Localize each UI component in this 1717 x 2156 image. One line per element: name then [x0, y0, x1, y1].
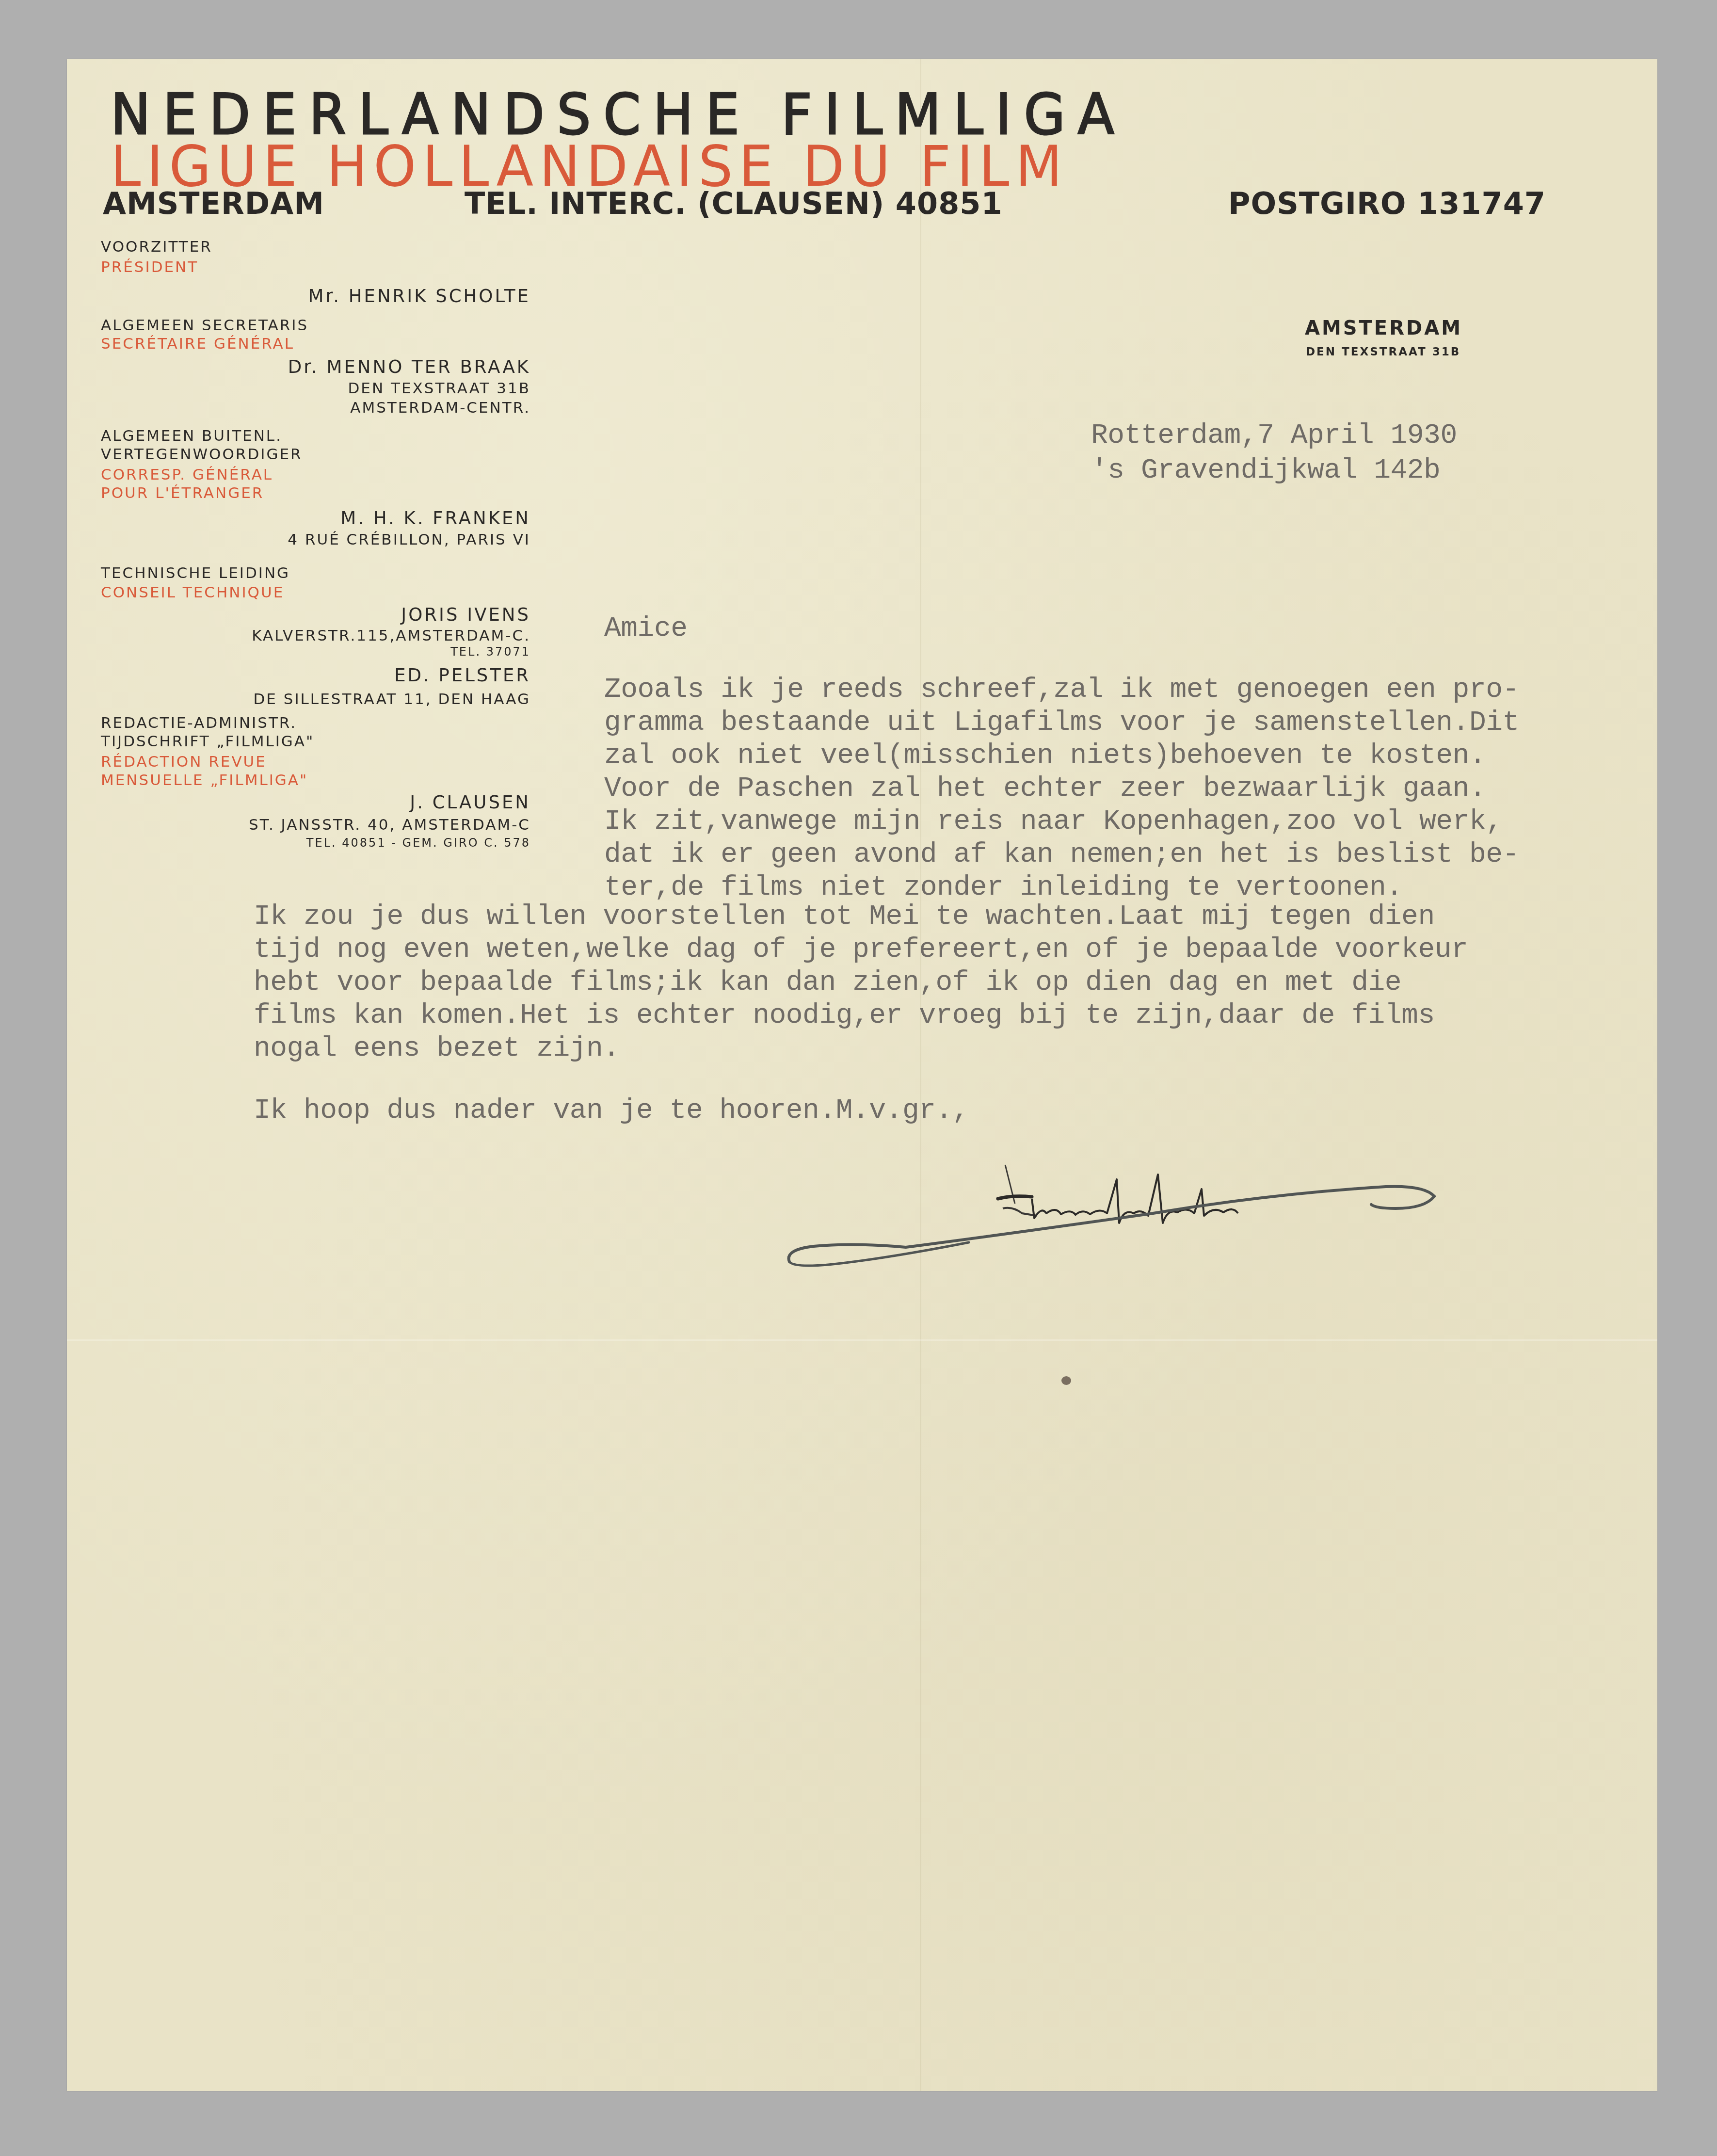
letter-line: tijd nog even weten,welke dag of je pref… — [254, 936, 1468, 964]
role-french: CONSEIL TECHNIQUE — [101, 585, 284, 600]
paper-fold-vertical — [920, 59, 921, 2091]
letter-paper: NEDERLANDSCHE FILMLIGA LIGUE HOLLANDAISE… — [67, 59, 1657, 2091]
role-dutch: TECHNISCHE LEIDING — [101, 566, 290, 581]
role-french: MENSUELLE „FILMLIGA" — [101, 773, 308, 788]
role-dutch: TIJDSCHRIFT „FILMLIGA" — [101, 734, 314, 749]
paper-fold-horizontal — [67, 1339, 1657, 1341]
role-french: POUR L'ÉTRANGER — [101, 486, 264, 501]
role-french: SECRÉTAIRE GÉNÉRAL — [101, 337, 294, 352]
member-address: 4 RUÉ CRÉBILLON, PARIS VI — [288, 532, 530, 547]
member-name: J. CLAUSEN — [410, 793, 530, 811]
letter-line: films kan komen.Het is echter noodig,er … — [254, 1002, 1435, 1030]
letter-line: Zooals ik je reeds schreef,zal ik met ge… — [604, 676, 1519, 704]
member-name: Dr. MENNO TER BRAAK — [288, 358, 530, 376]
role-french: RÉDACTION REVUE — [101, 755, 267, 770]
office-street: DEN TEXSTRAAT 31B — [1305, 347, 1528, 358]
member-address: DEN TEXSTRAAT 31B — [348, 381, 530, 396]
member-address: KALVERSTR.115,AMSTERDAM-C. — [252, 628, 530, 644]
member-name: JORIS IVENS — [401, 606, 530, 624]
letterhead-city: AMSTERDAM — [103, 189, 324, 219]
role-dutch: VOORZITTER — [101, 240, 212, 255]
role-dutch: ALGEMEEN BUITENL. — [101, 429, 282, 444]
letter-line: nogal eens bezet zijn. — [254, 1035, 620, 1063]
role-dutch: VERTEGENWOORDIGER — [101, 447, 303, 462]
member-phone: TEL. 40851 - GEM. GIRO C. 578 — [306, 837, 530, 849]
letter-line: hebt voor bepaalde films;ik kan dan zien… — [254, 969, 1401, 997]
member-name: M. H. K. FRANKEN — [340, 509, 530, 527]
member-address: DE SILLESTRAAT 11, DEN HAAG — [253, 692, 530, 707]
ink-spot — [1061, 1376, 1071, 1385]
office-city: AMSTERDAM — [1305, 319, 1528, 338]
office-address: AMSTERDAM DEN TEXSTRAAT 31B — [1305, 319, 1528, 358]
member-name: ED. PELSTER — [394, 666, 530, 684]
letter-line: gramma bestaande uit Ligafilms voor je s… — [604, 709, 1519, 737]
letter-place-date: Rotterdam,7 April 1930 — [1091, 422, 1457, 450]
letter-line: Ik zit,vanwege mijn reis naar Kopenhagen… — [604, 808, 1503, 836]
letter-line: dat ik er geen avond af kan nemen;en het… — [604, 841, 1519, 869]
letter-line: ter,de films niet zonder inleiding te ve… — [604, 874, 1403, 902]
letterhead-postgiro: POSTGIRO 131747 — [1228, 189, 1546, 219]
letter-salutation: Amice — [604, 615, 688, 643]
role-french: CORRESP. GÉNÉRAL — [101, 467, 273, 483]
letter-closing: Ik hoop dus nader van je te hooren.M.v.g… — [254, 1097, 969, 1125]
handwritten-signature — [785, 1160, 1541, 1276]
letter-sender-address: 's Gravendijkwal 142b — [1091, 457, 1440, 485]
letterhead-telephone: TEL. INTERC. (CLAUSEN) 40851 — [465, 189, 1003, 219]
member-address: AMSTERDAM-CENTR. — [350, 401, 530, 416]
role-dutch: ALGEMEEN SECRETARIS — [101, 318, 308, 333]
letter-line: zal ook niet veel(misschien niets)behoev… — [604, 742, 1486, 770]
role-french: PRÉSIDENT — [101, 260, 198, 275]
member-name: Mr. HENRIK SCHOLTE — [308, 287, 530, 305]
letter-line: Voor de Paschen zal het echter zeer bezw… — [604, 775, 1486, 803]
member-address: ST. JANSSTR. 40, AMSTERDAM-C — [249, 818, 530, 833]
member-phone: TEL. 37071 — [450, 646, 530, 658]
role-dutch: REDACTIE-ADMINISTR. — [101, 716, 297, 731]
letter-line: Ik zou je dus willen voorstellen tot Mei… — [254, 903, 1435, 931]
